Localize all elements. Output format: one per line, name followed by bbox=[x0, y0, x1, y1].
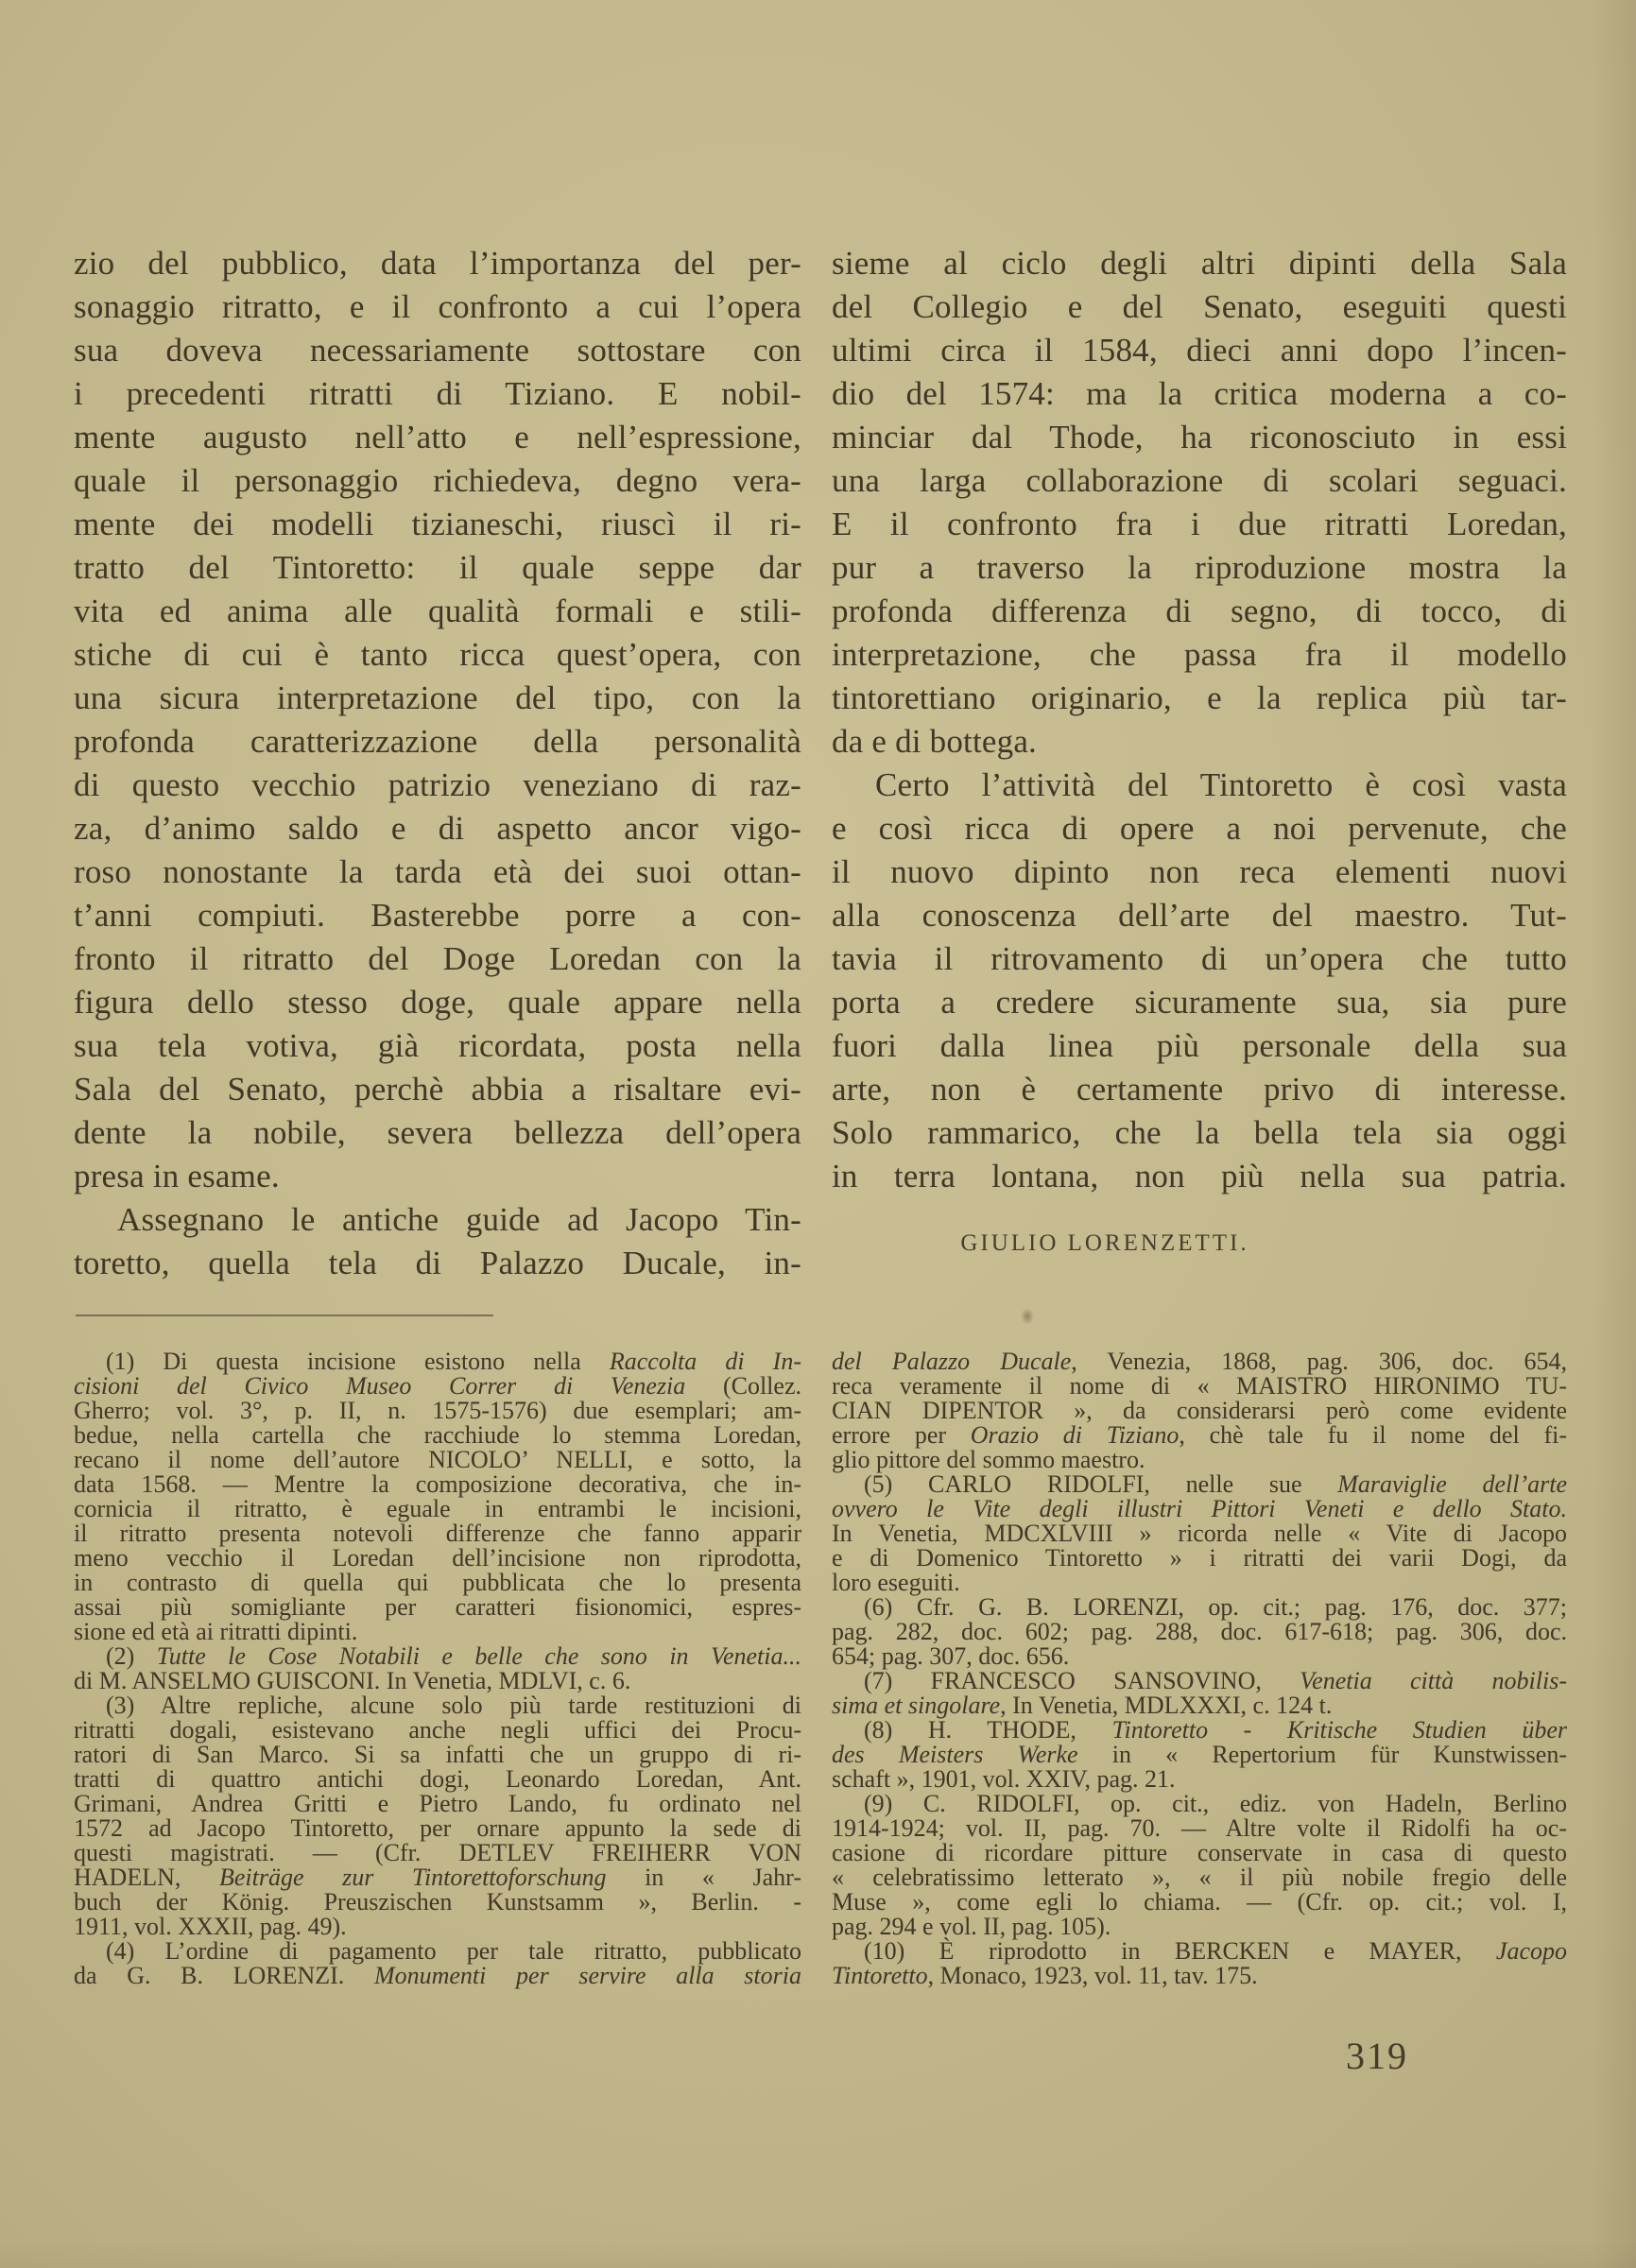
text-line: errore per Orazio di Tiziano, chè tale f… bbox=[832, 1423, 1567, 1448]
text-line: zio del pubblico, data l’importanza del … bbox=[74, 242, 801, 285]
text-line: mente dei modelli tizianeschi, riuscì il… bbox=[74, 503, 801, 546]
text-line: meno vecchio il Loredan dell’incisione n… bbox=[74, 1546, 801, 1571]
scan-edge-shadow-bottom bbox=[0, 2240, 1636, 2268]
text-line: sieme al ciclo degli altri dipinti della… bbox=[832, 242, 1567, 285]
text-line: toretto, quella tela di Palazzo Ducale, … bbox=[74, 1242, 801, 1285]
text-line: cornicia il ritratto, è eguale in entram… bbox=[74, 1497, 801, 1521]
text-line: 1914-1924; vol. II, pag. 70. — Altre vol… bbox=[832, 1816, 1567, 1841]
text-line: loro eseguiti. bbox=[832, 1571, 1567, 1595]
text-line: e così ricca di opere a noi pervenute, c… bbox=[832, 807, 1567, 850]
main-text-column-right: sieme al ciclo degli altri dipinti della… bbox=[832, 242, 1567, 1198]
text-line: in terra lontana, non più nella sua patr… bbox=[832, 1155, 1567, 1198]
text-line: alla conoscenza dell’arte del maestro. T… bbox=[832, 894, 1567, 937]
text-line: e di Domenico Tintoretto » i ritratti de… bbox=[832, 1546, 1567, 1571]
text-line: Tintoretto, Monaco, 1923, vol. 11, tav. … bbox=[832, 1964, 1567, 1988]
text-line: fuori dalla linea più personale della su… bbox=[832, 1024, 1567, 1068]
text-line: In Venetia, MDCXLVIII » ricorda nelle « … bbox=[832, 1521, 1567, 1546]
text-line: pur a traverso la riproduzione mostra la bbox=[832, 546, 1567, 590]
text-line: Grimani, Andrea Gritti e Pietro Lando, f… bbox=[74, 1792, 801, 1816]
text-line: t’anni compiuti. Basterebbe porre a con- bbox=[74, 894, 801, 937]
text-line: figura dello stesso doge, quale appare n… bbox=[74, 981, 801, 1024]
text-line: (2) Tutte le Cose Notabili e belle che s… bbox=[74, 1644, 801, 1669]
text-line: i precedenti ritratti di Tiziano. E nobi… bbox=[74, 372, 801, 416]
text-line: ratori di San Marco. Si sa infatti che u… bbox=[74, 1743, 801, 1767]
text-line: (4) L’ordine di pagamento per tale ritra… bbox=[74, 1939, 801, 1964]
text-line: tintorettiano originario, e la replica p… bbox=[832, 677, 1567, 720]
text-line: tratti di quattro antichi dogi, Leonardo… bbox=[74, 1767, 801, 1792]
text-line: roso nonostante la tarda età dei suoi ot… bbox=[74, 850, 801, 894]
footnote-column-left: (1) Di questa incisione esistono nella R… bbox=[74, 1349, 801, 1988]
text-line: casione di ricordare pitture conservate … bbox=[832, 1841, 1567, 1865]
text-line: da G. B. LORENZI. Monumenti per servire … bbox=[74, 1964, 801, 1988]
text-line: tavia il ritrovamento di un’opera che tu… bbox=[832, 937, 1567, 981]
text-line: porta a credere sicuramente sua, sia pur… bbox=[832, 981, 1567, 1024]
text-line: (9) C. RIDOLFI, op. cit., ediz. von Hade… bbox=[832, 1792, 1567, 1816]
text-line: (1) Di questa incisione esistono nella R… bbox=[74, 1349, 801, 1374]
text-line: interpretazione, che passa fra il modell… bbox=[832, 633, 1567, 677]
text-line: stiche di cui è tanto ricca quest’opera,… bbox=[74, 633, 801, 677]
main-text-column-left: zio del pubblico, data l’importanza del … bbox=[74, 242, 801, 1285]
text-line: il nuovo dipinto non reca elementi nuovi bbox=[832, 850, 1567, 894]
text-line: minciar dal Thode, ha riconosciuto in es… bbox=[832, 416, 1567, 459]
footnote-divider bbox=[76, 1314, 493, 1316]
text-line: profonda caratterizzazione della persona… bbox=[74, 720, 801, 764]
text-line: 1911, vol. XXXII, pag. 49). bbox=[74, 1915, 801, 1939]
text-line: arte, non è certamente privo di interess… bbox=[832, 1068, 1567, 1111]
text-line: cisioni del Civico Museo Correr di Venez… bbox=[74, 1374, 801, 1399]
text-line: Assegnano le antiche guide ad Jacopo Tin… bbox=[74, 1198, 801, 1242]
text-line: Muse », come egli lo chiama. — (Cfr. op.… bbox=[832, 1890, 1567, 1915]
text-line: « celebratissimo letterato », « il più n… bbox=[832, 1865, 1567, 1890]
text-line: (10) È riprodotto in BERCKEN e MAYER, Ja… bbox=[832, 1939, 1567, 1964]
text-line: sua tela votiva, già ricordata, posta ne… bbox=[74, 1024, 801, 1068]
text-line: za, d’animo saldo e di aspetto ancor vig… bbox=[74, 807, 801, 850]
text-line: (8) H. THODE, Tintoretto - Kritische Stu… bbox=[832, 1718, 1567, 1743]
text-line: ultimi circa il 1584, dieci anni dopo l’… bbox=[832, 329, 1567, 372]
text-line: des Meisters Werke in « Repertorium für … bbox=[832, 1743, 1567, 1767]
text-line: sonaggio ritratto, e il confronto a cui … bbox=[74, 285, 801, 329]
text-line: 1572 ad Jacopo Tintoretto, per ornare ap… bbox=[74, 1816, 801, 1841]
text-line: (5) CARLO RIDOLFI, nelle sue Maraviglie … bbox=[832, 1472, 1567, 1497]
text-line: presa in esame. bbox=[74, 1155, 801, 1198]
text-line: del Collegio e del Senato, eseguiti ques… bbox=[832, 285, 1567, 329]
text-line: data 1568. — Mentre la composizione deco… bbox=[74, 1472, 801, 1497]
author-signature: GIULIO LORENZETTI. bbox=[832, 1230, 1567, 1257]
text-line: dente la nobile, severa bellezza dell’op… bbox=[74, 1111, 801, 1155]
text-line: del Palazzo Ducale, Venezia, 1868, pag. … bbox=[832, 1349, 1567, 1374]
text-line: (7) FRANCESCO SANSOVINO, Venetia città n… bbox=[832, 1669, 1567, 1693]
text-line: pag. 282, doc. 602; pag. 288, doc. 617-6… bbox=[832, 1620, 1567, 1644]
text-line: glio pittore del sommo maestro. bbox=[832, 1448, 1567, 1472]
text-line: da e di bottega. bbox=[832, 720, 1567, 764]
text-line: Gherro; vol. 3°, p. II, n. 1575-1576) du… bbox=[74, 1399, 801, 1423]
text-line: mente augusto nell’atto e nell’espressio… bbox=[74, 416, 801, 459]
text-line: schaft », 1901, vol. XXIV, pag. 21. bbox=[832, 1767, 1567, 1792]
text-line: dio del 1574: ma la critica moderna a co… bbox=[832, 372, 1567, 416]
book-page: zio del pubblico, data l’importanza del … bbox=[0, 0, 1636, 2268]
text-line: sima et singolare, In Venetia, MDLXXXI, … bbox=[832, 1693, 1567, 1718]
text-line: Sala del Senato, perchè abbia a risaltar… bbox=[74, 1068, 801, 1111]
page-number: 319 bbox=[1346, 2034, 1408, 2078]
text-line: ritratti dogali, esistevano anche negli … bbox=[74, 1718, 801, 1743]
text-line: sua doveva necessariamente sottostare co… bbox=[74, 329, 801, 372]
text-line: buch der König. Preuszischen Kunstsamm »… bbox=[74, 1890, 801, 1915]
text-line: 654; pag. 307, doc. 656. bbox=[832, 1644, 1567, 1669]
text-line: una larga collaborazione di scolari segu… bbox=[832, 459, 1567, 503]
text-line: Solo rammarico, che la bella tela sia og… bbox=[832, 1111, 1567, 1155]
text-line: quale il personaggio richiedeva, degno v… bbox=[74, 459, 801, 503]
scan-edge-shadow bbox=[1593, 0, 1636, 2268]
text-line: pag. 294 e vol. II, pag. 105). bbox=[832, 1915, 1567, 1939]
text-line: HADELN, Beiträge zur Tintorettoforschung… bbox=[74, 1865, 801, 1890]
text-line: recano il nome dell’autore NICOLO’ NELLI… bbox=[74, 1448, 801, 1472]
text-line: di questo vecchio patrizio veneziano di … bbox=[74, 764, 801, 807]
text-line: questi magistrati. — (Cfr. DETLEV FREIHE… bbox=[74, 1841, 801, 1865]
text-line: Certo l’attività del Tintoretto è così v… bbox=[832, 764, 1567, 807]
text-line: il ritratto presenta notevoli differenze… bbox=[74, 1521, 801, 1546]
text-line: (3) Altre repliche, alcune solo più tard… bbox=[74, 1693, 801, 1718]
text-line: reca veramente il nome di « MAISTRO HIRO… bbox=[832, 1374, 1567, 1399]
text-line: sione ed età ai ritratti dipinti. bbox=[74, 1620, 801, 1644]
text-line: (6) Cfr. G. B. LORENZI, op. cit.; pag. 1… bbox=[832, 1595, 1567, 1620]
footnote-column-right: del Palazzo Ducale, Venezia, 1868, pag. … bbox=[832, 1349, 1567, 1988]
text-line: bedue, nella cartella che racchiude lo s… bbox=[74, 1423, 801, 1448]
text-line: una sicura interpretazione del tipo, con… bbox=[74, 677, 801, 720]
text-line: in contrasto di quella qui pubblicata ch… bbox=[74, 1571, 801, 1595]
text-line: profonda differenza di segno, di tocco, … bbox=[832, 590, 1567, 633]
text-line: tratto del Tintoretto: il quale seppe da… bbox=[74, 546, 801, 590]
text-line: vita ed anima alle qualità formali e sti… bbox=[74, 590, 801, 633]
text-line: ovvero le Vite degli illustri Pittori Ve… bbox=[832, 1497, 1567, 1521]
text-line: di M. ANSELMO GUISCONI. In Venetia, MDLV… bbox=[74, 1669, 801, 1693]
text-line: fronto il ritratto del Doge Loredan con … bbox=[74, 937, 801, 981]
text-line: CIAN DIPENTOR », da considerarsi però co… bbox=[832, 1399, 1567, 1423]
text-line: E il confronto fra i due ritratti Loreda… bbox=[832, 503, 1567, 546]
ink-spot bbox=[1021, 1308, 1034, 1325]
text-line: assai più somigliante per caratteri fisi… bbox=[74, 1595, 801, 1620]
